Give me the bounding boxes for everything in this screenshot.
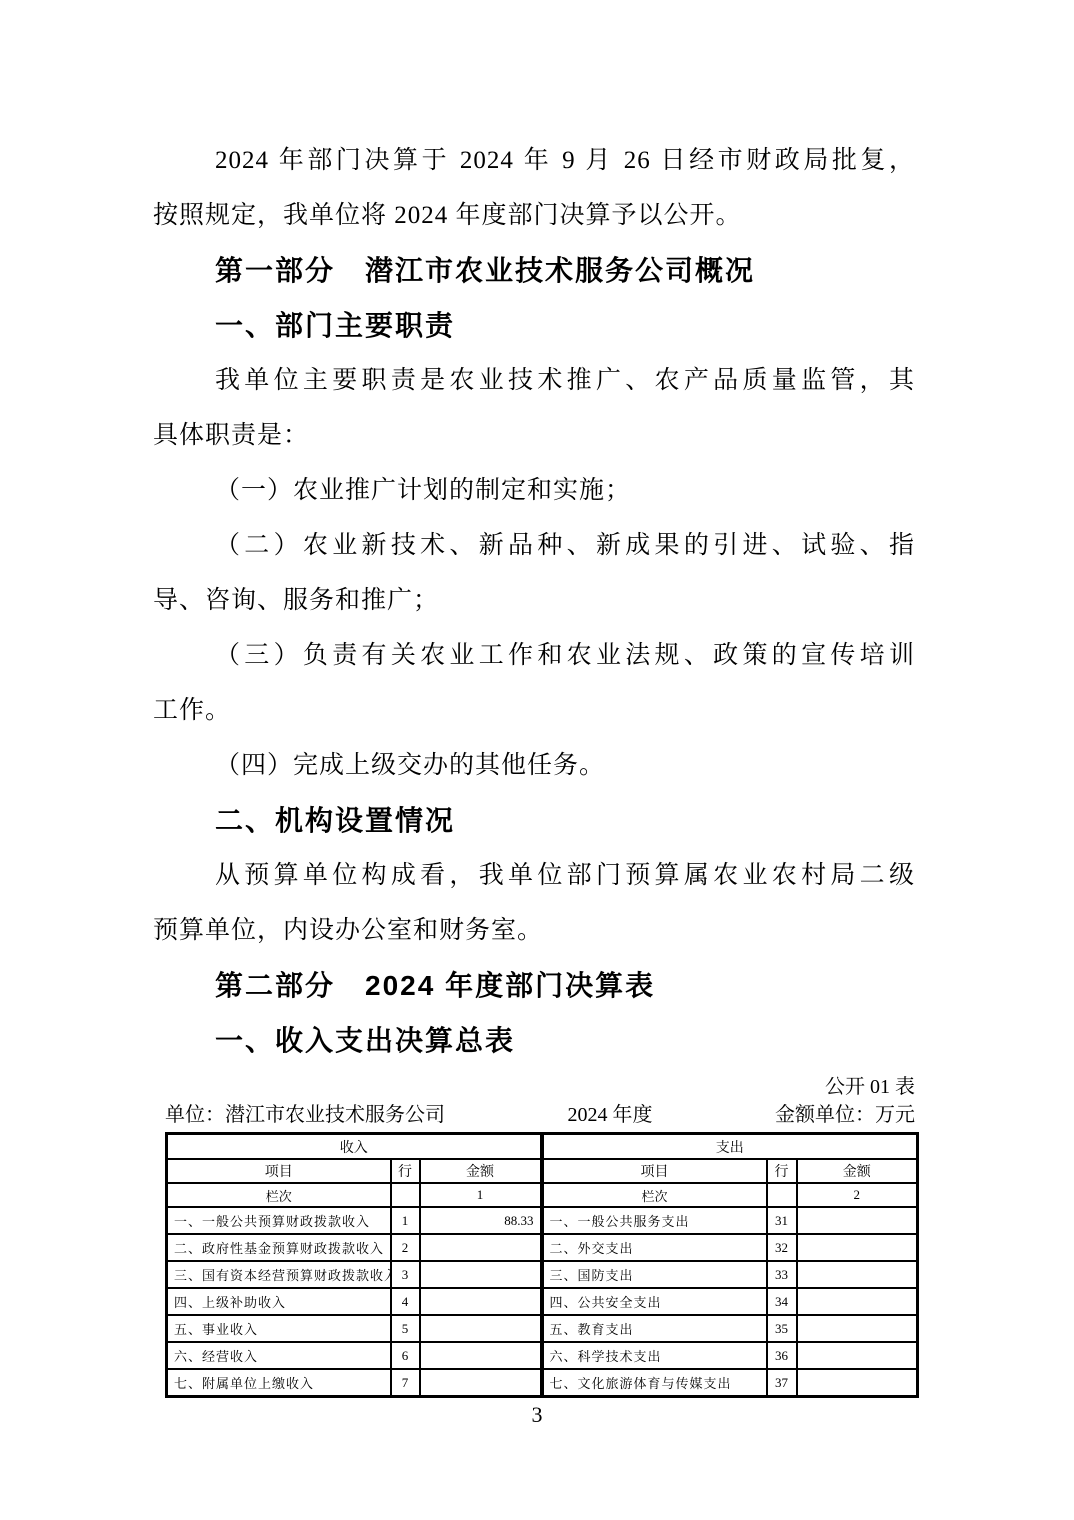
table-amount-unit-label: 金额单位：万元 (775, 1100, 915, 1130)
expenditure-amount (797, 1234, 918, 1261)
table-row: 一、一般公共预算财政拨款收入188.33一、一般公共服务支出31 (167, 1207, 918, 1234)
expenditure-row-number: 32 (767, 1234, 797, 1261)
section-heading: 第一部分 潜江市农业技术服务公司概况 (153, 243, 915, 298)
expenditure-item: 三、国防支出 (542, 1261, 767, 1288)
income-item: 四、上级补助收入 (167, 1288, 391, 1315)
income-row-number: 5 (391, 1315, 420, 1342)
income-item: 二、政府性基金预算财政拨款收入 (167, 1234, 391, 1261)
expenditure-item: 五、教育支出 (542, 1315, 767, 1342)
table-row: 五、事业收入5五、教育支出35 (167, 1315, 918, 1342)
group-header-income: 收入 (167, 1134, 542, 1160)
table-row: 四、上级补助收入4四、公共安全支出34 (167, 1288, 918, 1315)
column-header: 项目 (542, 1159, 767, 1183)
income-amount (420, 1234, 542, 1261)
column-header: 行 (391, 1159, 420, 1183)
section-heading: 一、收入支出决算总表 (153, 1013, 915, 1068)
lanci-cell: 栏次 (167, 1183, 391, 1207)
table-row: 二、政府性基金预算财政拨款收入2二、外交支出32 (167, 1234, 918, 1261)
expenditure-row-number: 37 (767, 1369, 797, 1397)
table-lanci-row: 栏次1栏次2 (167, 1183, 918, 1207)
text-line: 具体职责是： (153, 408, 915, 463)
text-line: 从预算单位构成看，我单位部门预算属农业农村局二级 (153, 848, 915, 903)
paragraph-lines: 2024 年部门决算于 2024 年 9 月 26 日经市财政局批复，按照规定，… (153, 133, 915, 1068)
table-group-header-row: 收入支出 (167, 1134, 918, 1160)
income-amount (420, 1315, 542, 1342)
expenditure-item: 四、公共安全支出 (542, 1288, 767, 1315)
income-row-number: 3 (391, 1261, 420, 1288)
expenditure-row-number: 35 (767, 1315, 797, 1342)
table-note: 公开 01 表 (153, 1074, 915, 1100)
section-heading: 第二部分 2024 年度部门决算表 (153, 958, 915, 1013)
lanci-cell (391, 1183, 420, 1207)
document-page: 2024 年部门决算于 2024 年 9 月 26 日经市财政局批复，按照规定，… (0, 0, 1074, 1520)
column-header: 项目 (167, 1159, 391, 1183)
column-header: 行 (767, 1159, 797, 1183)
income-row-number: 6 (391, 1342, 420, 1369)
income-item: 七、附属单位上缴收入 (167, 1369, 391, 1397)
income-expenditure-table: 收入支出项目行金额项目行金额栏次1栏次2一、一般公共预算财政拨款收入188.33… (165, 1132, 919, 1398)
expenditure-amount (797, 1315, 918, 1342)
lanci-cell: 2 (797, 1183, 918, 1207)
section-heading: 一、部门主要职责 (153, 298, 915, 353)
section-heading: 二、机构设置情况 (153, 793, 915, 848)
text-line: 我单位主要职责是农业技术推广、农产品质量监管，其 (153, 353, 915, 408)
text-line: 2024 年部门决算于 2024 年 9 月 26 日经市财政局批复， (153, 133, 915, 188)
income-row-number: 2 (391, 1234, 420, 1261)
expenditure-item: 六、科学技术支出 (542, 1342, 767, 1369)
income-amount (420, 1288, 542, 1315)
page-number: 3 (0, 1402, 1074, 1428)
lanci-cell: 1 (420, 1183, 542, 1207)
text-line: 工作。 (153, 683, 915, 738)
expenditure-item: 一、一般公共服务支出 (542, 1207, 767, 1234)
table-year-label: 2024 年度 (568, 1100, 653, 1130)
expenditure-amount (797, 1369, 918, 1397)
income-amount (420, 1261, 542, 1288)
income-row-number: 4 (391, 1288, 420, 1315)
table-row: 三、国有资本经营预算财政拨款收入3三、国防支出33 (167, 1261, 918, 1288)
expenditure-amount (797, 1261, 918, 1288)
income-row-number: 7 (391, 1369, 420, 1397)
text-line: 导、咨询、服务和推广； (153, 573, 915, 628)
income-item: 六、经营收入 (167, 1342, 391, 1369)
expenditure-row-number: 31 (767, 1207, 797, 1234)
income-item: 五、事业收入 (167, 1315, 391, 1342)
expenditure-item: 二、外交支出 (542, 1234, 767, 1261)
text-line: （二）农业新技术、新品种、新成果的引进、试验、指 (153, 518, 915, 573)
document-body: 2024 年部门决算于 2024 年 9 月 26 日经市财政局批复，按照规定，… (153, 133, 915, 1398)
table-column-header-row: 项目行金额项目行金额 (167, 1159, 918, 1183)
expenditure-item: 七、文化旅游体育与传媒支出 (542, 1369, 767, 1397)
table-row: 六、经营收入6六、科学技术支出36 (167, 1342, 918, 1369)
lanci-cell (767, 1183, 797, 1207)
expenditure-amount (797, 1342, 918, 1369)
income-item: 一、一般公共预算财政拨款收入 (167, 1207, 391, 1234)
income-amount (420, 1342, 542, 1369)
text-line: （四）完成上级交办的其他任务。 (153, 738, 915, 793)
expenditure-row-number: 33 (767, 1261, 797, 1288)
table-unit-label: 单位：潜江市农业技术服务公司 (165, 1100, 445, 1130)
text-line: 预算单位，内设办公室和财务室。 (153, 903, 915, 958)
text-line: 按照规定，我单位将 2024 年度部门决算予以公开。 (153, 188, 915, 243)
income-amount (420, 1369, 542, 1397)
table-meta-row: 单位：潜江市农业技术服务公司 2024 年度 金额单位：万元 (153, 1100, 915, 1130)
column-header: 金额 (420, 1159, 542, 1183)
text-line: （三）负责有关农业工作和农业法规、政策的宣传培训 (153, 628, 915, 683)
expenditure-row-number: 36 (767, 1342, 797, 1369)
text-line: （一）农业推广计划的制定和实施； (153, 463, 915, 518)
expenditure-amount (797, 1207, 918, 1234)
lanci-cell: 栏次 (542, 1183, 767, 1207)
column-header: 金额 (797, 1159, 918, 1183)
group-header-expenditure: 支出 (542, 1134, 918, 1160)
expenditure-row-number: 34 (767, 1288, 797, 1315)
table-row: 七、附属单位上缴收入7七、文化旅游体育与传媒支出37 (167, 1369, 918, 1397)
income-row-number: 1 (391, 1207, 420, 1234)
income-amount: 88.33 (420, 1207, 542, 1234)
income-item: 三、国有资本经营预算财政拨款收入 (167, 1261, 391, 1288)
expenditure-amount (797, 1288, 918, 1315)
